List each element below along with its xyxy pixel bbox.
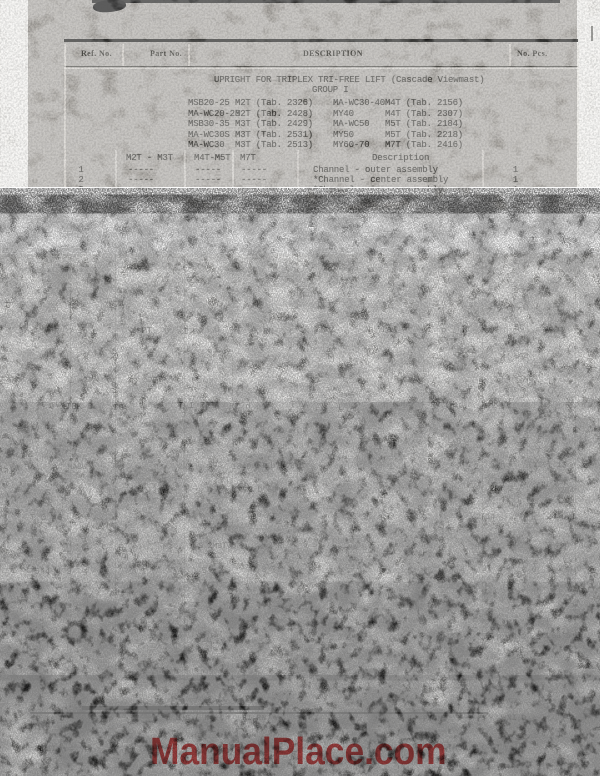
scan-smudge [560,690,600,750]
part-row-m2t-m3t: 5P3122 [128,207,159,216]
header-bottom-highlight [64,68,578,69]
noise-fragment: P [441,328,446,337]
column-header-ref-no: Ref. No. [81,49,112,58]
noise-fragment: ( . II [88,490,117,498]
noise-fragment: I [271,513,276,522]
part-row-m4t-m5t: ----- [195,176,221,185]
model-cell: M4T (Tab. 2307) [385,110,463,119]
noise-fragment: i [163,329,168,337]
noise-fragment: 543 [208,462,222,470]
scan-smudge [90,262,124,306]
noise-fragment: B [456,438,461,447]
noise-fragment: f [288,329,293,338]
model-cell: M5T (Tab. 2184) [385,120,463,129]
part-row-ref: 5 [72,196,90,205]
model-cell: M7T (Tab. 2416) [385,141,463,150]
noise-fragment: 9 C [378,515,392,523]
part-row-qty: 12 [474,207,518,216]
noise-fragment: U O [263,440,279,449]
model-cell: MSB30-35 [188,120,230,129]
right-edge-tick [591,26,593,41]
model-cell: M2T (Tab. 2428) [235,110,313,119]
table-top-rule [64,39,578,42]
noise-fragment: -8 [510,512,520,520]
noise-fragment: . [330,570,335,578]
part-row-ref: 2 [72,176,90,185]
column-rule-line [232,150,234,224]
scan-smudge [536,282,580,357]
noise-fragment: a I [132,569,146,577]
noise-fragment: b [383,402,388,411]
column-header-no-pcs: No. Pcs. [517,49,548,58]
noise-fragment: 5 4 4 9 [34,568,72,577]
noise-fragment: R [497,437,502,446]
noise-fragment: 2(14 [476,514,495,522]
noise-fragment: S 2M3T 8 [198,543,236,551]
noise-fragment: ( 2RT 2 [480,486,514,494]
noise-fragment: b W2 [198,489,217,497]
part-row-m4t-m5t: ----- [195,166,221,175]
subheader-m7t: M7T [240,154,256,163]
column-header-part-no: Part No. [150,49,182,58]
model-cell: M3T (Tab. 2513) [235,141,313,150]
part-row-m7t: ----- [241,176,267,185]
column-rule-line [509,44,511,66]
scan-smudge [500,635,575,680]
noise-fragment: M 2 M 0 [548,566,582,574]
noise-fragment: C 0 [522,567,536,575]
noise-fragment: T V [290,401,306,410]
part-row-qty: 1 [474,176,518,185]
column-rule-line [122,44,124,66]
column-rule-line [184,150,186,224]
part-row-description: *Channel - inner assembly [313,186,443,195]
part-row-m7t: ----- [241,166,267,175]
model-cell: MSB20-25 [188,99,230,108]
noise-fragment: 1840 [232,464,251,472]
part-row-m7t: 35P2220 [241,196,277,205]
noise-fragment: 2 R [268,543,282,551]
noise-fragment: MA 5 [348,545,367,553]
noise-fragment: 3 [14,637,19,645]
column-rule-line [115,150,117,224]
scan-smudge [30,588,125,668]
noise-fragment: L [338,404,343,413]
column-rule-line [297,228,298,708]
noise-fragment: MY [60,543,70,551]
noise-fragment: 4 [404,516,409,524]
noise-fragment: 0 5 [303,542,317,550]
noise-fragment: b c [83,329,97,337]
noise-fragment: r [328,627,333,635]
noise-fragment: 2 b 68 [248,487,277,495]
noise-fragment: R II [37,746,56,754]
noise-fragment: 2P2 [443,648,457,656]
column-rule-line [482,228,483,706]
part-row-m2t-m3t: 5P2220 [128,196,159,205]
noise-fragment: 4 2 0 R [438,634,472,642]
model-cell: M5T (Tab. 2218) [385,131,463,140]
scan-smudge [470,695,570,760]
noise-fragment: 1 [393,542,398,550]
column-rule-line [575,228,576,708]
model-cell: MA-WC50 [333,120,369,129]
scan-smudge [345,588,405,632]
section-group: GROUP I [312,86,348,95]
noise-fragment: ) 5 MC [192,568,221,576]
scan-smudge [300,250,346,290]
top-edge-line [92,0,560,3]
scan-smudge [28,298,73,358]
part-row-m7t: ----- [241,207,267,216]
model-cell: M3T (Tab. 2429) [235,120,313,129]
noise-fragment: RI RN [242,715,266,723]
scan-smudge [140,632,225,680]
manualplace-watermark: ManualPlace.com [150,731,447,774]
model-cell: MY40 [333,110,354,119]
noise-fragment: I [392,440,397,449]
part-row-m4t-m5t: 35P2220 [195,196,231,205]
noise-fragment: 2 [474,463,479,472]
noise-fragment: G [45,489,50,498]
model-cell: MA-WC30 [188,141,224,150]
noise-fragment: 7 3 3 [252,567,276,575]
part-row-description: Channel - outer assembly [313,166,438,175]
noise-fragment: 1 b [505,541,519,549]
column-rule-line [577,44,579,224]
part-row-qty: 1 [474,166,518,175]
noise-fragment: RN [263,328,274,337]
noise-fragment: 0N2 [178,464,192,472]
noise-fragment: 1 [388,463,393,472]
noise-fragment: a [133,516,138,524]
noise-fragment: 2 P [487,635,501,643]
model-cell: M4T (Tab. 2156) [385,99,463,108]
column-rule-line [115,228,116,708]
part-row-m2t-m3t: ----- [128,176,154,185]
noise-fragment: M 4 [545,542,559,550]
noise-fragment: X [112,746,117,754]
section-title: UPRIGHT FOR TRIPLEX TRI-FREE LIFT (Casca… [214,76,484,85]
column-rule-line [482,150,484,224]
noise-fragment: 6 [423,568,428,576]
part-row-m4t-m5t: ----- [195,186,221,195]
model-cell: MY60-70 [333,141,369,150]
noise-fragment: F RV (F [421,402,455,410]
column-rule-line [70,230,71,708]
part-row-qty: 14-26 [474,196,518,205]
noise-fragment: F YE [70,747,89,755]
part-row-m7t: ----- [241,186,267,195]
scan-smudge [548,462,588,528]
part-row-m4t-m5t: ----- [195,207,221,216]
scan-smudge [205,595,270,645]
noise-fragment: MA [378,490,388,498]
subheader-description: Description [372,154,429,163]
model-cell: MY50 [333,131,354,140]
model-cell: MA-WC20-25 [188,110,240,119]
column-rule-line [297,150,299,224]
noise-fragment: 2 [460,566,465,574]
noise-fragment: RRWm [489,401,508,409]
noise-fragment: G [198,439,203,448]
part-row-description: *lug-channels,(14 on M2T & M3T) [313,196,474,205]
model-cell: MA-WC30S [188,131,230,140]
noise-fragment: a [548,403,553,411]
scan-smudge [255,635,325,675]
noise-fragment: R [462,326,468,336]
noise-fragment: M3 [163,544,173,552]
scan-smudge [425,465,465,501]
header-bottom-rule [64,66,578,67]
noise-fragment: 5 3 [352,514,366,522]
noise-fragment: sPT [136,327,152,336]
noise-fragment: tMa [396,401,410,409]
column-rule-line [184,228,185,708]
part-row-qty: 1 [474,186,518,195]
noise-fragment: )3 7 [147,488,166,496]
noise-fragment: 7 [388,634,393,642]
column-rule-line [188,44,190,66]
column-rule-line [232,228,233,706]
noise-fragment: 0 8 45 [200,514,229,522]
noise-fragment: MA [382,569,392,577]
noise-fragment: O [214,326,220,336]
noise-fragment: (5b [247,512,261,520]
part-row-m2t-m3t: ----- [128,166,154,175]
noise-fragment: ) [41,728,46,736]
model-cell: MA-WC30-40 [333,99,385,108]
noise-fragment: C MABW [58,464,87,472]
part-row-description: lug-channel, center [313,207,412,216]
subheader-m2t-m3t: M2T - M3T [126,154,173,163]
noise-fragment: SC [514,324,525,333]
noise-fragment: D [500,463,505,472]
column-rule-line [527,300,528,700]
noise-fragment: 3T I R [482,566,511,574]
column-header-description: DESCRIPTION [303,49,363,58]
part-row-description: *Channel - center assembly [313,176,448,185]
noise-fragment: F [118,544,123,553]
column-rule-line [64,44,66,224]
part-row-m2t-m3t: ----- [128,186,154,195]
noise-fragment: D [452,332,457,340]
model-cell: M2T (Tab. 2326) [235,99,313,108]
noise-fragment: N ° a [365,326,392,335]
model-cell: M3T (Tab. 2531) [235,131,313,140]
noise-fragment: 2 6 [337,635,351,643]
part-row-ref: 1 [72,166,90,175]
noise-fragment: Y [420,541,425,549]
scanned-manual-page: Ref. No. Part No. DESCRIPTION No. Pcs. U… [0,0,600,776]
subheader-m4t-m5t: M4T-M5T [194,154,230,163]
part-row-ref: 3 [72,186,90,195]
noise-fragment: T 0 48 [30,514,62,523]
noise-fragment: b [531,515,536,523]
